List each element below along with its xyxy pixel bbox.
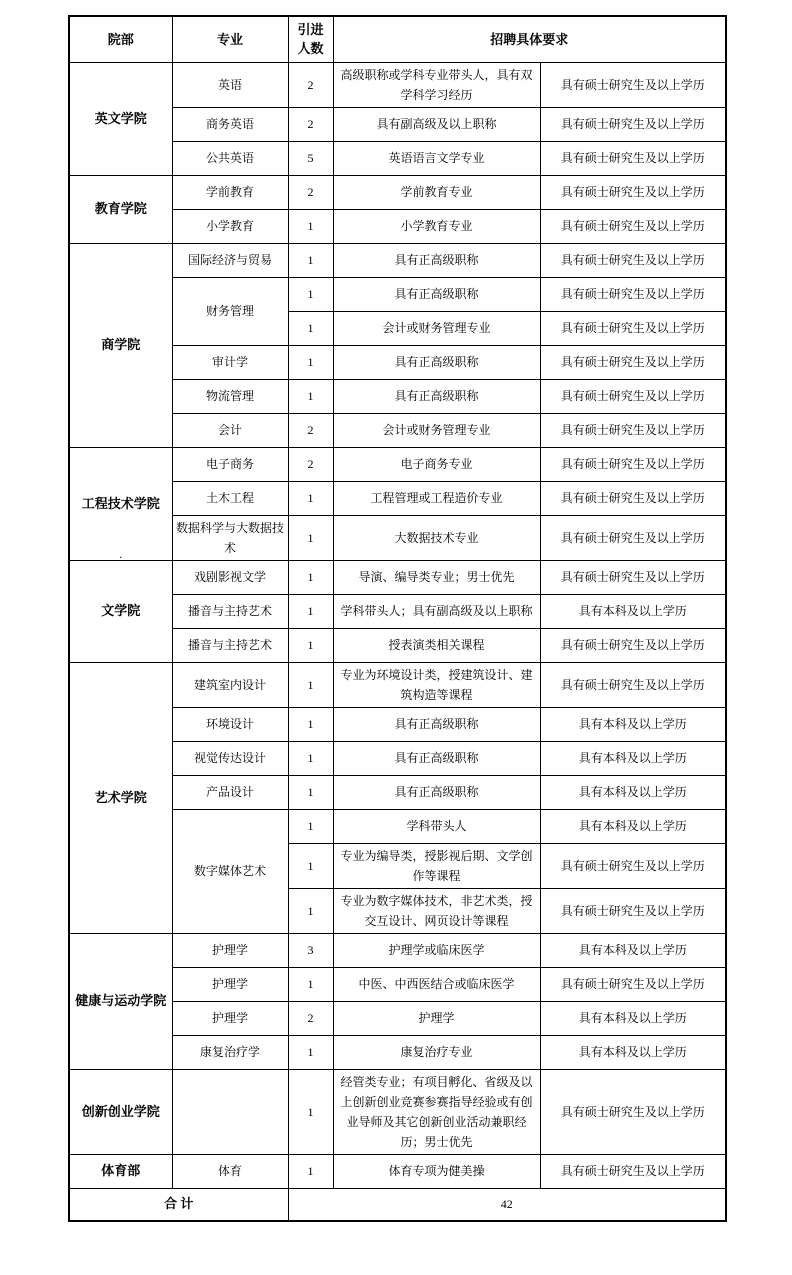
education-cell: 具有硕士研究生及以上学历 (540, 243, 726, 277)
education-cell: 具有本科及以上学历 (540, 933, 726, 967)
education-cell: 具有本科及以上学历 (540, 1001, 726, 1035)
education-cell: 具有硕士研究生及以上学历 (540, 560, 726, 594)
major-cell: 环境设计 (172, 707, 288, 741)
major-cell: 体育 (172, 1154, 288, 1188)
requirement-cell: 具有副高级及以上职称 (333, 107, 540, 141)
table-header-row: 院部 专业 引进人数 招聘具体要求 (69, 16, 726, 62)
table-row: 工程技术学院.电子商务2电子商务专业具有硕士研究生及以上学历 (69, 447, 726, 481)
requirement-cell: 会计或财务管理专业 (333, 413, 540, 447)
major-cell: 康复治疗学 (172, 1035, 288, 1069)
requirement-cell: 工程管理或工程造价专业 (333, 481, 540, 515)
requirement-cell: 具有正高级职称 (333, 707, 540, 741)
count-cell: 1 (288, 1035, 333, 1069)
requirement-cell: 护理学或临床医学 (333, 933, 540, 967)
requirement-cell: 大数据技术专业 (333, 515, 540, 560)
requirement-cell: 具有正高级职称 (333, 345, 540, 379)
education-cell: 具有硕士研究生及以上学历 (540, 62, 726, 107)
education-cell: 具有硕士研究生及以上学历 (540, 209, 726, 243)
table-row: 教育学院学前教育2学前教育专业具有硕士研究生及以上学历 (69, 175, 726, 209)
count-cell: 1 (288, 1069, 333, 1154)
education-cell: 具有硕士研究生及以上学历 (540, 311, 726, 345)
table-body: 英文学院英语2高级职称或学科专业带头人，具有双学科学习经历具有硕士研究生及以上学… (69, 62, 726, 1221)
count-cell: 1 (288, 311, 333, 345)
count-cell: 2 (288, 1001, 333, 1035)
count-cell: 1 (288, 628, 333, 662)
education-cell: 具有硕士研究生及以上学历 (540, 628, 726, 662)
education-cell: 具有硕士研究生及以上学历 (540, 345, 726, 379)
department-stray-mark: . (70, 550, 172, 559)
requirement-cell: 专业为编导类，授影视后期、文学创作等课程 (333, 843, 540, 888)
count-cell: 1 (288, 662, 333, 707)
count-cell: 3 (288, 933, 333, 967)
major-cell: 公共英语 (172, 141, 288, 175)
requirement-cell: 具有正高级职称 (333, 277, 540, 311)
major-cell: 播音与主持艺术 (172, 594, 288, 628)
department-cell: 商学院 (69, 243, 172, 447)
total-value-cell: 42 (288, 1188, 726, 1221)
count-cell: 2 (288, 175, 333, 209)
count-cell: 1 (288, 967, 333, 1001)
major-cell: 国际经济与贸易 (172, 243, 288, 277)
document-page: 院部 专业 引进人数 招聘具体要求 英文学院英语2高级职称或学科专业带头人，具有… (0, 0, 792, 1275)
table-row: 艺术学院建筑室内设计1专业为环境设计类，授建筑设计、建筑构造等课程具有硕士研究生… (69, 662, 726, 707)
major-cell: 数字媒体艺术 (172, 809, 288, 933)
education-cell: 具有硕士研究生及以上学历 (540, 141, 726, 175)
education-cell: 具有本科及以上学历 (540, 775, 726, 809)
education-cell: 具有本科及以上学历 (540, 809, 726, 843)
education-cell: 具有硕士研究生及以上学历 (540, 515, 726, 560)
requirement-cell: 学科带头人 (333, 809, 540, 843)
department-cell: 体育部 (69, 1154, 172, 1188)
education-cell: 具有硕士研究生及以上学历 (540, 843, 726, 888)
major-cell: 视觉传达设计 (172, 741, 288, 775)
major-cell: 物流管理 (172, 379, 288, 413)
education-cell: 具有硕士研究生及以上学历 (540, 481, 726, 515)
requirement-cell: 具有正高级职称 (333, 741, 540, 775)
requirement-cell: 高级职称或学科专业带头人，具有双学科学习经历 (333, 62, 540, 107)
table-row: 商学院国际经济与贸易1具有正高级职称具有硕士研究生及以上学历 (69, 243, 726, 277)
major-cell: 产品设计 (172, 775, 288, 809)
major-cell: 护理学 (172, 1001, 288, 1035)
count-cell: 1 (288, 481, 333, 515)
department-cell: 英文学院 (69, 62, 172, 175)
major-cell: 英语 (172, 62, 288, 107)
education-cell: 具有硕士研究生及以上学历 (540, 967, 726, 1001)
requirement-cell: 专业为环境设计类，授建筑设计、建筑构造等课程 (333, 662, 540, 707)
education-cell: 具有硕士研究生及以上学历 (540, 888, 726, 933)
major-cell: 护理学 (172, 933, 288, 967)
major-cell: 学前教育 (172, 175, 288, 209)
department-cell: 教育学院 (69, 175, 172, 243)
education-cell: 具有硕士研究生及以上学历 (540, 413, 726, 447)
requirement-cell: 导演、编导类专业；男士优先 (333, 560, 540, 594)
count-cell: 1 (288, 243, 333, 277)
requirement-cell: 学科带头人；具有副高级及以上职称 (333, 594, 540, 628)
education-cell: 具有硕士研究生及以上学历 (540, 175, 726, 209)
requirement-cell: 体育专项为健美操 (333, 1154, 540, 1188)
department-cell: 工程技术学院. (69, 447, 172, 560)
requirement-cell: 护理学 (333, 1001, 540, 1035)
count-cell: 1 (288, 707, 333, 741)
header-cell-count: 引进人数 (288, 16, 333, 62)
department-cell: 健康与运动学院 (69, 933, 172, 1069)
header-cell-department: 院部 (69, 16, 172, 62)
education-cell: 具有硕士研究生及以上学历 (540, 1154, 726, 1188)
major-cell: 小学教育 (172, 209, 288, 243)
major-cell: 会计 (172, 413, 288, 447)
count-cell: 1 (288, 1154, 333, 1188)
education-cell: 具有本科及以上学历 (540, 741, 726, 775)
major-cell: 播音与主持艺术 (172, 628, 288, 662)
education-cell: 具有本科及以上学历 (540, 1035, 726, 1069)
total-row: 合 计42 (69, 1188, 726, 1221)
education-cell: 具有本科及以上学历 (540, 594, 726, 628)
total-label-cell: 合 计 (69, 1188, 288, 1221)
table-row: 体育部体育1体育专项为健美操具有硕士研究生及以上学历 (69, 1154, 726, 1188)
table-row: 创新创业学院1经管类专业；有项目孵化、省级及以上创新创业竞赛参赛指导经验或有创业… (69, 1069, 726, 1154)
requirement-cell: 授表演类相关课程 (333, 628, 540, 662)
major-cell: 审计学 (172, 345, 288, 379)
major-cell: 土木工程 (172, 481, 288, 515)
table-row: 健康与运动学院护理学3护理学或临床医学具有本科及以上学历 (69, 933, 726, 967)
count-cell: 1 (288, 888, 333, 933)
table-row: 文学院戏剧影视文学1导演、编导类专业；男士优先具有硕士研究生及以上学历 (69, 560, 726, 594)
header-cell-requirements: 招聘具体要求 (333, 16, 726, 62)
count-cell: 2 (288, 447, 333, 481)
requirement-cell: 电子商务专业 (333, 447, 540, 481)
count-cell: 2 (288, 413, 333, 447)
header-cell-major: 专业 (172, 16, 288, 62)
count-cell: 1 (288, 515, 333, 560)
table-row: 英文学院英语2高级职称或学科专业带头人，具有双学科学习经历具有硕士研究生及以上学… (69, 62, 726, 107)
count-cell: 5 (288, 141, 333, 175)
count-cell: 1 (288, 345, 333, 379)
major-cell: 财务管理 (172, 277, 288, 345)
education-cell: 具有硕士研究生及以上学历 (540, 107, 726, 141)
department-cell: 创新创业学院 (69, 1069, 172, 1154)
major-cell (172, 1069, 288, 1154)
major-cell: 商务英语 (172, 107, 288, 141)
education-cell: 具有硕士研究生及以上学历 (540, 662, 726, 707)
requirement-cell: 学前教育专业 (333, 175, 540, 209)
requirement-cell: 具有正高级职称 (333, 379, 540, 413)
count-cell: 2 (288, 62, 333, 107)
count-cell: 2 (288, 107, 333, 141)
requirement-cell: 具有正高级职称 (333, 775, 540, 809)
education-cell: 具有硕士研究生及以上学历 (540, 1069, 726, 1154)
count-cell: 1 (288, 379, 333, 413)
requirement-cell: 中医、中西医结合或临床医学 (333, 967, 540, 1001)
education-cell: 具有硕士研究生及以上学历 (540, 277, 726, 311)
requirement-cell: 康复治疗专业 (333, 1035, 540, 1069)
major-cell: 戏剧影视文学 (172, 560, 288, 594)
education-cell: 具有硕士研究生及以上学历 (540, 447, 726, 481)
count-cell: 1 (288, 843, 333, 888)
count-cell: 1 (288, 209, 333, 243)
recruitment-table-sheet: 院部 专业 引进人数 招聘具体要求 英文学院英语2高级职称或学科专业带头人，具有… (68, 15, 727, 1222)
requirement-cell: 会计或财务管理专业 (333, 311, 540, 345)
count-cell: 1 (288, 741, 333, 775)
education-cell: 具有本科及以上学历 (540, 707, 726, 741)
major-cell: 建筑室内设计 (172, 662, 288, 707)
education-cell: 具有硕士研究生及以上学历 (540, 379, 726, 413)
count-cell: 1 (288, 594, 333, 628)
major-cell: 电子商务 (172, 447, 288, 481)
requirement-cell: 小学教育专业 (333, 209, 540, 243)
major-cell: 护理学 (172, 967, 288, 1001)
major-cell: 数据科学与大数据技术 (172, 515, 288, 560)
count-cell: 1 (288, 560, 333, 594)
requirement-cell: 专业为数字媒体技术，非艺术类，授交互设计、网页设计等课程 (333, 888, 540, 933)
department-cell: 文学院 (69, 560, 172, 662)
recruitment-table: 院部 专业 引进人数 招聘具体要求 英文学院英语2高级职称或学科专业带头人，具有… (68, 15, 727, 1222)
count-cell: 1 (288, 809, 333, 843)
requirement-cell: 经管类专业；有项目孵化、省级及以上创新创业竞赛参赛指导经验或有创业导师及其它创新… (333, 1069, 540, 1154)
requirement-cell: 英语语言文学专业 (333, 141, 540, 175)
count-cell: 1 (288, 277, 333, 311)
department-cell: 艺术学院 (69, 662, 172, 933)
requirement-cell: 具有正高级职称 (333, 243, 540, 277)
count-cell: 1 (288, 775, 333, 809)
